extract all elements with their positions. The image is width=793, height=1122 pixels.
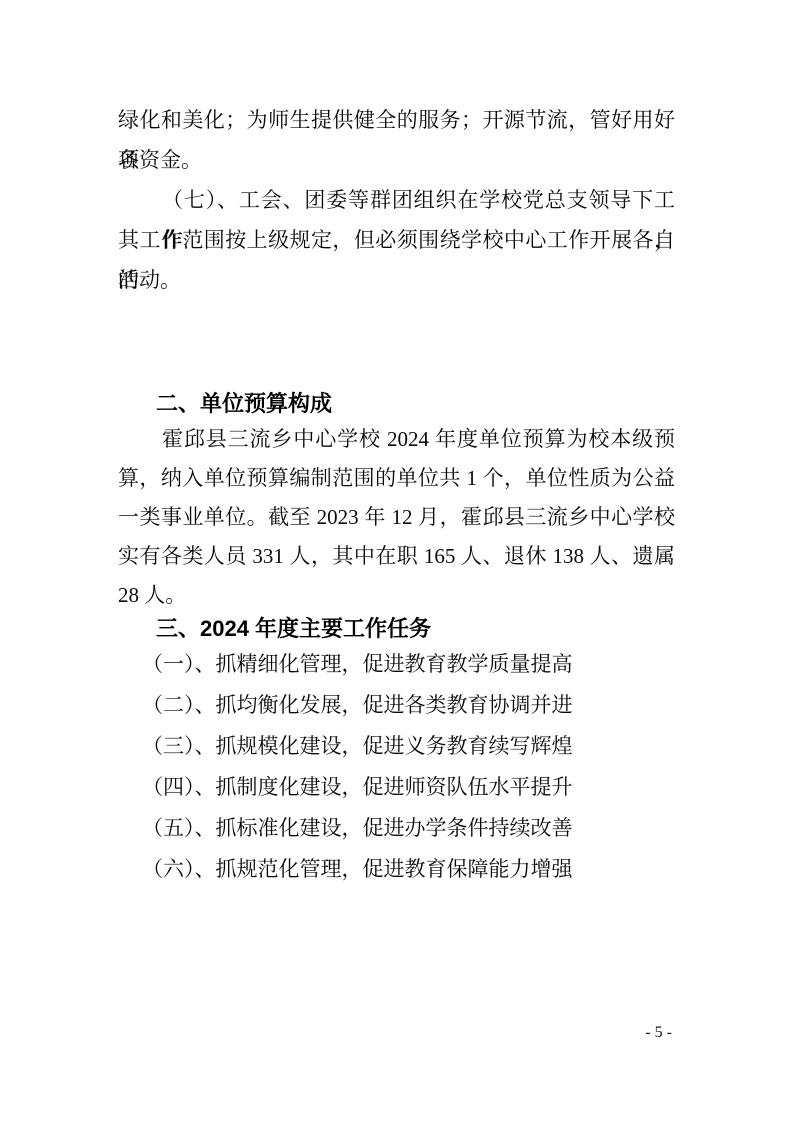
text-line: 绿化和美化；为师生提供健全的服务；开源节流，管好用好各: [118, 100, 675, 140]
page-number: - 5 -: [0, 1022, 793, 1044]
task-item: （三）、抓规模化建设，促进义务教育续写辉煌: [118, 726, 675, 767]
task-item: （六）、抓规范化管理，促进教育保障能力增强: [118, 849, 675, 890]
text-line: 其工作范围按上级规定，但必须围绕学校中心工作开展各自的: [118, 220, 675, 260]
text-line: 实有各类人员 331 人，其中在职 165 人、退休 138 人、遗属: [118, 537, 675, 576]
text-line: （七）、工会、团委等群团组织在学校党总支领导下工作，: [118, 180, 675, 220]
task-item: （五）、抓标准化建设，促进办学条件持续改善: [118, 808, 675, 849]
section-heading-work-tasks: 三、2024 年度主要工作任务: [118, 611, 675, 647]
body-text-top: 绿化和美化；为师生提供健全的服务；开源节流，管好用好各 项资金。 （七）、工会、…: [118, 100, 675, 300]
budget-paragraph: 霍邱县三流乡中心学校 2024 年度单位预算为校本级预 算，纳入单位预算编制范围…: [118, 420, 675, 615]
text-line: 项资金。: [118, 140, 675, 180]
text-line: 活动。: [118, 260, 675, 300]
text-line: 28 人。: [118, 576, 675, 615]
text-line: 算，纳入单位预算编制范围的单位共 1 个，单位性质为公益: [118, 459, 675, 498]
task-item: （二）、抓均衡化发展，促进各类教育协调并进: [118, 685, 675, 726]
text-line: 一类事业单位。截至 2023 年 12 月，霍邱县三流乡中心学校: [118, 498, 675, 537]
task-list: （一）、抓精细化管理，促进教育教学质量提高 （二）、抓均衡化发展，促进各类教育协…: [118, 644, 675, 890]
section-heading-budget-composition: 二、单位预算构成: [118, 386, 675, 422]
text-line: 霍邱县三流乡中心学校 2024 年度单位预算为校本级预: [118, 420, 675, 459]
document-page: 绿化和美化；为师生提供健全的服务；开源节流，管好用好各 项资金。 （七）、工会、…: [0, 0, 793, 1122]
task-item: （四）、抓制度化建设，促进师资队伍水平提升: [118, 767, 675, 808]
task-item: （一）、抓精细化管理，促进教育教学质量提高: [118, 644, 675, 685]
